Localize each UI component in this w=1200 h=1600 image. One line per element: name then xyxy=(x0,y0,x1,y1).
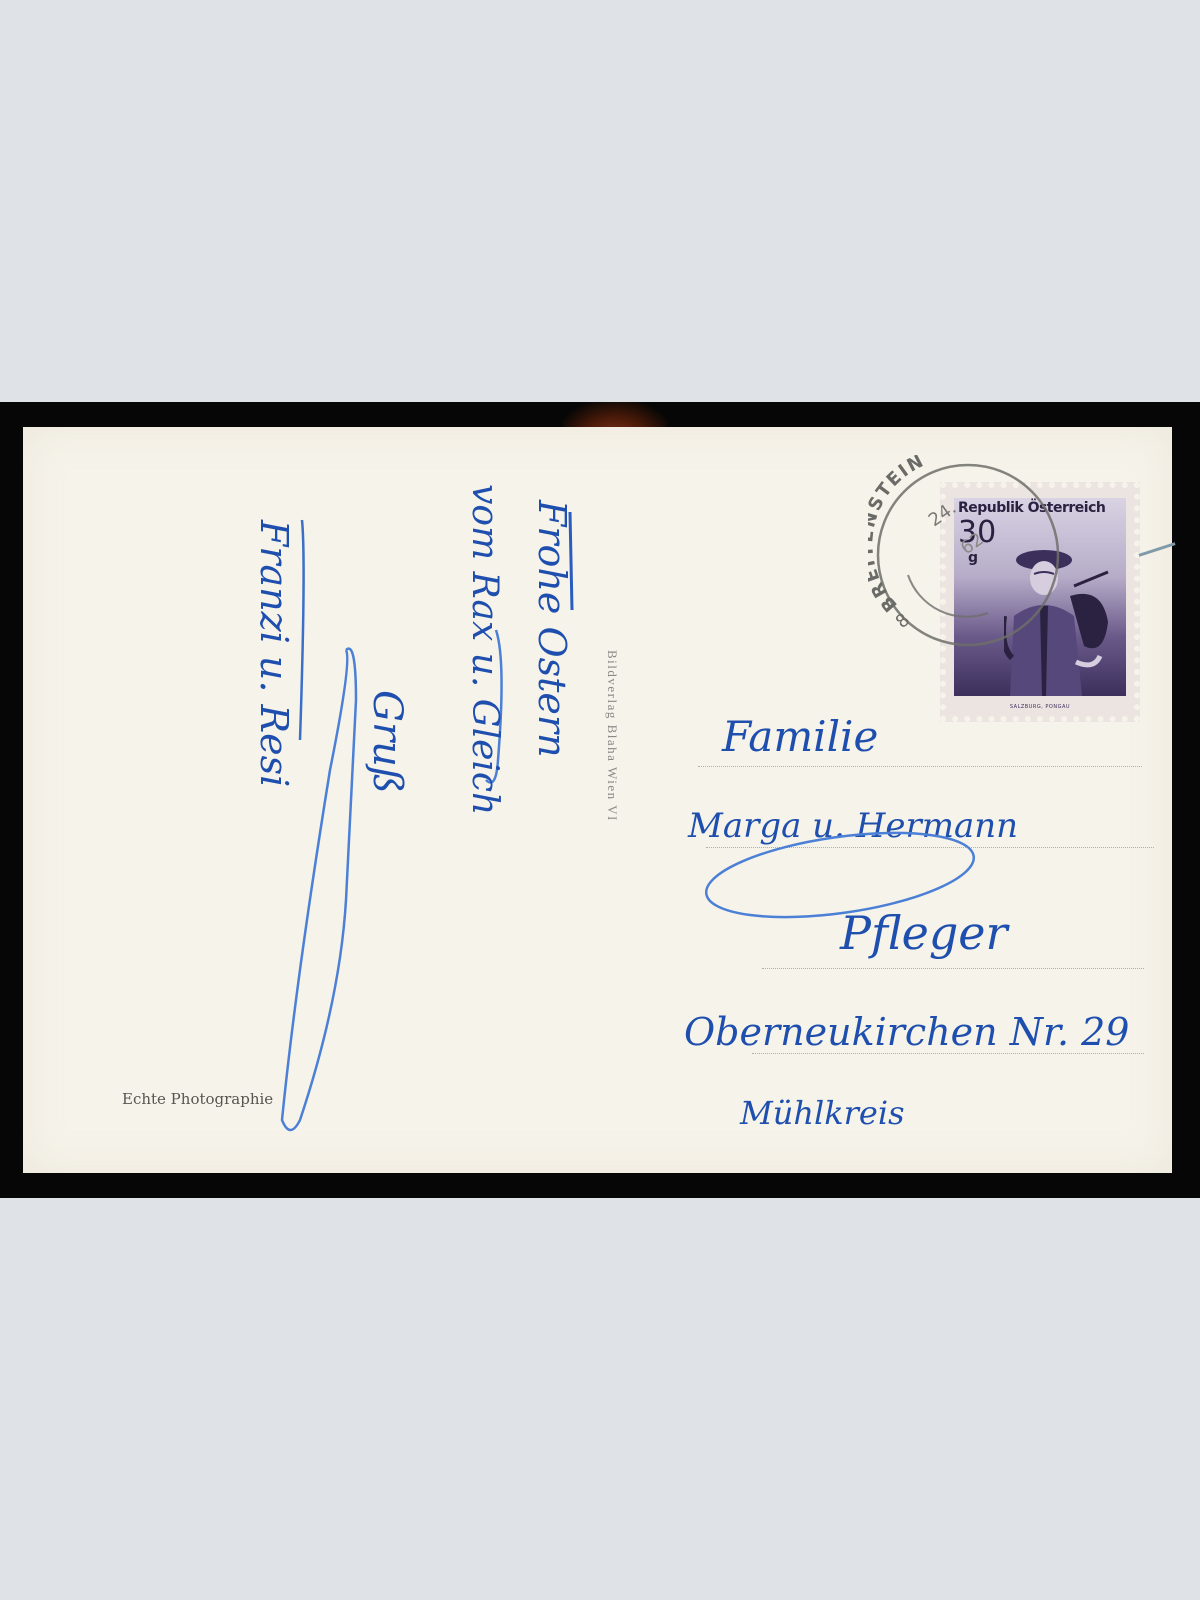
photo-label: Echte Photographie xyxy=(122,1090,273,1108)
address-line-names: Marga u. Hermann xyxy=(688,806,1018,846)
message-line-1: Frohe Ostern xyxy=(530,500,574,758)
message-line-2: vom Rax u. Gleich xyxy=(464,484,505,815)
svg-text:8: 8 xyxy=(892,609,914,632)
address-line-3 xyxy=(762,968,1144,969)
address-line-2 xyxy=(706,847,1154,848)
address-line-surname: Pfleger xyxy=(840,906,1008,960)
publisher-imprint: Bildverlag Blaha Wien VI xyxy=(604,650,620,822)
address-line-1 xyxy=(698,766,1142,767)
address-line-region: Mühlkreis xyxy=(740,1094,905,1132)
svg-text:24.: 24. xyxy=(925,497,961,531)
message-line-3: Gruß xyxy=(364,690,410,794)
message-signature: Franzi u. Resi xyxy=(252,520,296,787)
postmark-cancellation-icon: BREITENSTEIN 24. 62 8 xyxy=(868,455,1068,655)
address-line-family: Familie xyxy=(722,712,878,761)
address-line-town: Oberneukirchen Nr. 29 xyxy=(684,1010,1129,1054)
svg-text:62: 62 xyxy=(957,529,988,559)
stamp-caption: SALZBURG, PONGAU xyxy=(954,704,1126,710)
